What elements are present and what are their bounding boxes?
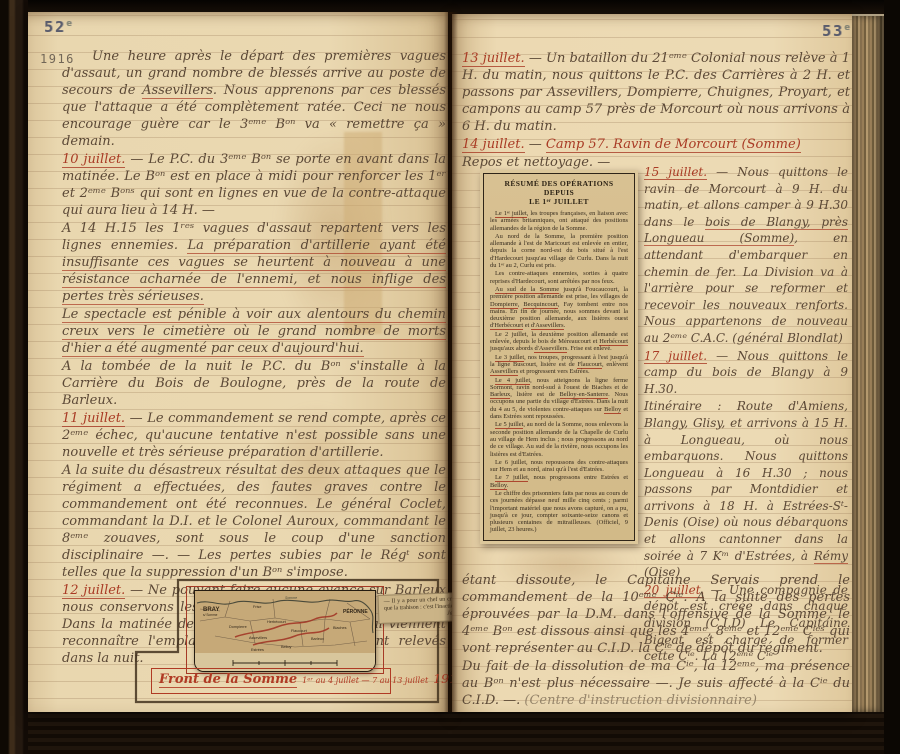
map-label-assevillers: Assevillers: [249, 636, 267, 640]
text-segment: Au nord de la Somme, la première positio…: [490, 233, 628, 269]
text-segment: .: [507, 482, 509, 489]
text-segment: , lisière est de: [510, 391, 559, 398]
text-segment: A la tombée de la nuit le P.C. du Bᵒⁿ s'…: [62, 359, 446, 408]
diary-entry: Le spectacle est pénible à voir aux alen…: [62, 306, 446, 357]
news-clipping: RÉSUMÉ DES OPÉRATIONS DEPUIS LE 1ᵉʳ JUIL…: [480, 170, 638, 544]
text-segment: 10 juillet.: [62, 152, 125, 168]
text-segment: Le chiffre des prisonniers faits par nou…: [490, 490, 628, 533]
map-label-herbecourt: Herbécourt: [267, 620, 287, 624]
stamp-mark: e: [844, 23, 851, 33]
text-segment: , nous progressons entre Estrées et: [528, 474, 628, 481]
diary-entry: A la tombée de la nuit le P.C. du Bᵒⁿ s'…: [62, 358, 446, 409]
map-label-dompierre: Dompierre: [229, 625, 247, 629]
map-label-biaches: Biaches: [333, 626, 347, 630]
clipping-paragraph: Le 7 juillet, nous progressons entre Est…: [490, 474, 628, 489]
diary-entry: A 14 H.15 les 1ʳᵉˢ vagues d'assaut repar…: [62, 220, 446, 305]
clipping-paragraph: Le 6 juillet, nous repoussons des contre…: [490, 459, 628, 474]
clipping-paragraphs: Le 1ᵉʳ juillet, les troupes françaises, …: [490, 210, 628, 534]
map-svg: BRAY s/ Somme PÉRONNE Somme Frise Dompie…: [195, 591, 375, 671]
stamp-mark: e: [66, 19, 73, 29]
diary-text-left: Une heure après le départ des premières …: [62, 48, 446, 668]
map-label-somme: Somme: [285, 596, 297, 600]
text-segment: (Centre d'instruction divisionnaire): [524, 693, 757, 708]
right-page: 53e 13 juillet. — Un bataillon du 21ᵉᵐᵉ …: [452, 14, 852, 712]
text-segment: 15 juillet.: [644, 165, 707, 180]
diary-entry: 10 juillet. — Le P.C. du 3ᵉᵐᵉ Bᵒⁿ se por…: [62, 151, 446, 219]
text-segment: Le 6 juillet, nous repoussons des contre…: [490, 459, 628, 473]
map-label-estrees: Estrées: [251, 648, 264, 652]
text-segment: Assevillers: [490, 368, 518, 376]
text-segment: étant dissoute, le Capitaine Servais pre…: [462, 573, 850, 656]
text-segment: 13 juillet.: [462, 51, 525, 67]
text-segment: Belloy: [490, 482, 507, 490]
desk-background: [884, 0, 900, 754]
text-segment: Repos et nettoyage. —: [462, 155, 610, 170]
text-segment: d'Assevillers: [534, 345, 567, 353]
text-segment: Les contre-attaques ennemies, sorties à …: [490, 270, 628, 284]
caption-title: Front de la Somme: [159, 672, 297, 688]
news-clipping-frame: RÉSUMÉ DES OPÉRATIONS DEPUIS LE 1ᵉʳ JUIL…: [483, 173, 635, 541]
diary-entry: 14 juillet. — Camp 57. Ravin de Morcourt…: [462, 136, 850, 153]
page-number: 52: [44, 18, 66, 36]
diary-entry: 15 juillet. — Nous quittons le ravin de …: [644, 164, 848, 347]
clipping-paragraph: Le 1ᵉʳ juillet, les troupes françaises, …: [490, 210, 628, 232]
diary-entry: 13 juillet. — Un bataillon du 21ᵉᵐᵉ Colo…: [462, 50, 850, 135]
desk-background: [0, 714, 900, 754]
diary-scan-scene: 52e 1916 Une heure après le départ des p…: [0, 0, 900, 754]
clipping-title-line2: LE 1ᵉʳ JUILLET: [490, 197, 628, 206]
diary-entry: Itinéraire : Route d'Amiens, Blangy, Gli…: [644, 398, 848, 581]
text-segment: jusqu'aux abords: [490, 345, 534, 352]
clipping-paragraph: Au sud de la Somme jusqu'à Foucaucourt, …: [490, 286, 628, 330]
text-segment: , en attendant d'embarquer en chemin de …: [644, 231, 848, 345]
book-cover-edge: [0, 0, 28, 754]
diary-entry: Une heure après le départ des premières …: [62, 48, 446, 150]
map-clipping: BRAY s/ Somme PÉRONNE Somme Frise Dompie…: [194, 590, 376, 672]
clipping-paragraph: Le 2 juillet, la deuxième position allem…: [490, 331, 628, 353]
clipping-title-line1: RÉSUMÉ DES OPÉRATIONS DEPUIS: [490, 179, 628, 197]
text-segment: et progressent vers Estrées.: [518, 368, 589, 375]
map-label-barleux: Barleux: [311, 637, 324, 641]
diary-entry: Du fait de la dissolution de ma Cⁱᵉ, la …: [462, 658, 850, 709]
text-segment: 14 juillet.: [462, 137, 525, 153]
clipping-paragraph: Le 5 juillet, au nord de la Somme, nous …: [490, 421, 628, 457]
text-segment: , enlèvent: [602, 361, 628, 368]
left-page: 52e 1916 Une heure après le départ des p…: [28, 12, 448, 712]
text-segment: Assevillers: [142, 83, 213, 99]
clipping-paragraph: Au nord de la Somme, la première positio…: [490, 233, 628, 269]
diary-entry: 17 juillet. — Nous quittons le camp du b…: [644, 348, 848, 398]
page-number-stamp: 53e: [822, 22, 851, 40]
page-number-stamp: 52e: [44, 18, 73, 36]
text-segment: d'Assevillers: [531, 322, 564, 330]
map-label-bray-sub: s/ Somme: [203, 613, 218, 617]
text-segment: Rémy: [814, 549, 848, 564]
diary-text-top: 13 juillet. — Un bataillon du 21ᵉᵐᵉ Colo…: [462, 50, 850, 172]
clipping-paragraph: Les contre-attaques ennemies, sorties à …: [490, 270, 628, 285]
text-segment: . Frise est enlevé.: [567, 345, 612, 352]
map-caption-box: Front de la Somme 1ᵉʳ au 4 juillet — 7 a…: [151, 668, 391, 694]
text-segment: Camp 57. Ravin de Morcourt (Somme): [546, 137, 801, 153]
text-segment: A la suite du désastreux résultat des de…: [62, 463, 446, 580]
text-segment: et: [523, 322, 531, 329]
map-label-belloy: Belloy: [281, 645, 291, 649]
caption-dates: 1ᵉʳ au 4 juillet — 7 au 13 juillet: [302, 676, 428, 685]
diary-entry: étant dissoute, le Capitaine Servais pre…: [462, 572, 850, 657]
text-segment: 11 juillet.: [62, 411, 125, 427]
text-segment: —: [525, 137, 546, 152]
clipping-paragraph: Le 4 juillet, nous atteignons la ligne f…: [490, 377, 628, 421]
text-segment: d'Herbécourt: [490, 322, 523, 330]
gutter-shadow: [444, 12, 458, 712]
map-label-frise: Frise: [253, 605, 261, 609]
clipping-paragraph: Le chiffre des prisonniers faits par nou…: [490, 490, 628, 534]
text-segment: Belloy: [604, 406, 621, 414]
text-segment: .: [564, 322, 566, 329]
page-number: 53: [822, 22, 844, 40]
map-label-flaucourt: Flaucourt: [291, 629, 308, 633]
diary-entry: A la suite du désastreux résultat des de…: [62, 462, 446, 581]
text-segment: Itinéraire : Route d'Amiens, Blangy, Gli…: [644, 399, 848, 562]
clipping-paragraph: Le 3 juillet, nos troupes, progressant à…: [490, 354, 628, 376]
map-label-peronne: PÉRONNE: [343, 607, 368, 615]
diary-entry: 11 juillet. — Le commandement se rend co…: [62, 410, 446, 461]
text-segment: 17 juillet.: [644, 349, 707, 364]
text-segment: Le spectacle est pénible à voir aux alen…: [62, 307, 446, 357]
diary-text-bottom: étant dissoute, le Capitaine Servais pre…: [462, 572, 850, 710]
text-segment: 12 juillet.: [62, 583, 125, 599]
